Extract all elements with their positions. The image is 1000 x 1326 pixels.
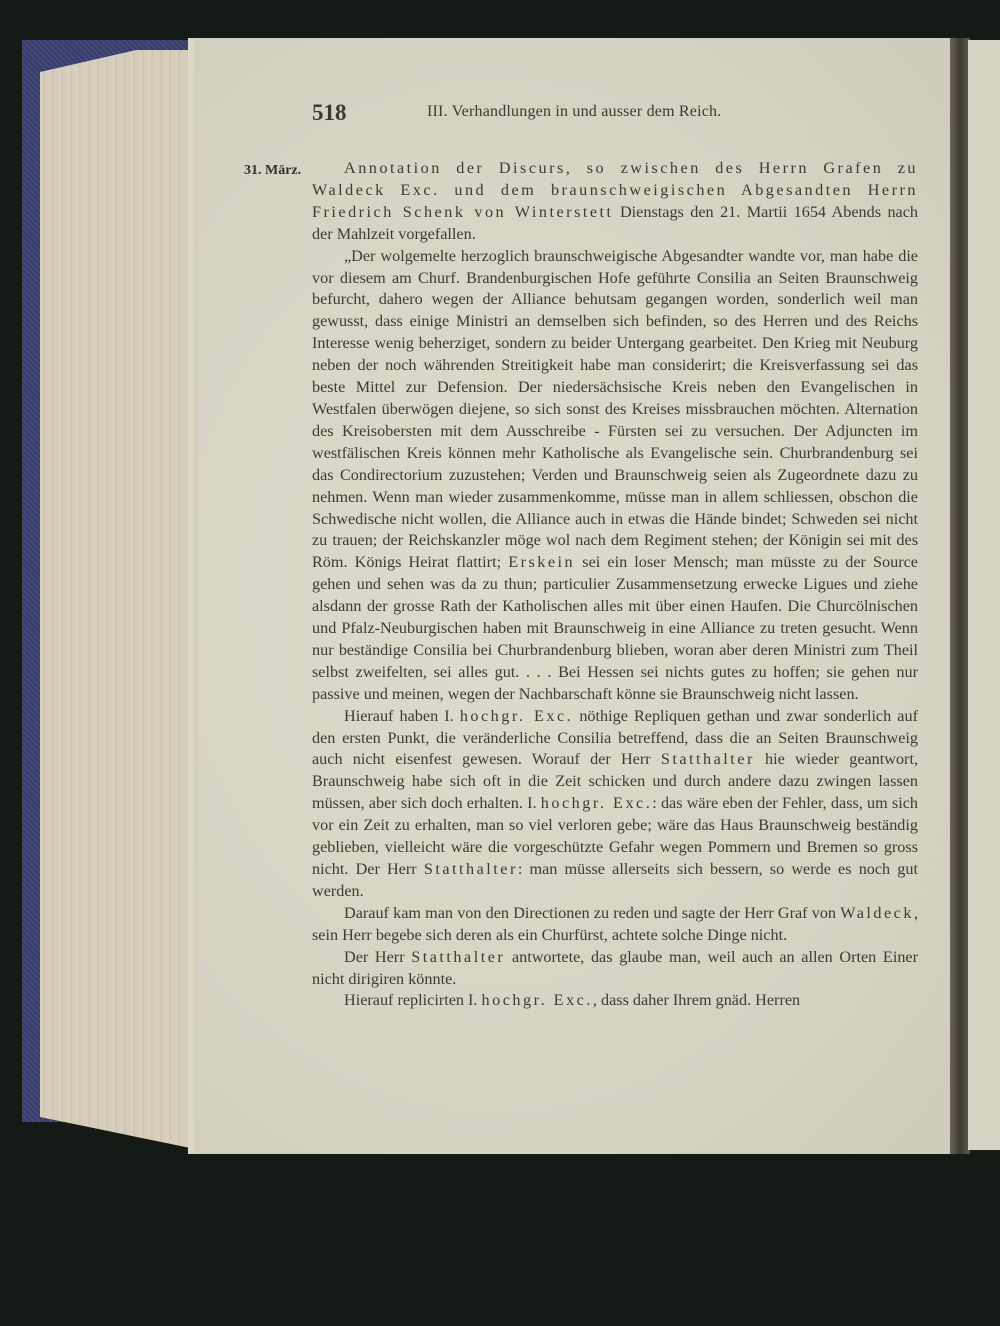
text-spaced: Statthalter	[411, 948, 505, 966]
text-spaced: Statthalter	[661, 750, 755, 768]
text-spaced: Erskein	[508, 553, 575, 571]
paragraph: Darauf kam man von den Directionen zu re…	[312, 903, 918, 947]
text-spaced: hochgr. Exc.	[541, 794, 653, 812]
facing-page-edge	[968, 40, 1000, 1150]
text: , dass daher Ihrem gnäd. Herren	[593, 991, 800, 1009]
running-head: 518 III. Verhandlungen in und ausser dem…	[312, 100, 912, 130]
text: „Der wolgemelte herzoglich braunschweigi…	[312, 247, 918, 572]
running-head-title: III. Verhandlungen in und ausser dem Rei…	[427, 103, 721, 121]
text: sei ein loser Mensch; man müsste zu der …	[312, 553, 918, 702]
paragraph-title: Annotation der Discurs, so zwischen des …	[312, 158, 918, 246]
paragraph: „Der wolgemelte herzoglich braunschweigi…	[312, 246, 918, 706]
book-gutter	[950, 38, 970, 1154]
text-spaced: Statthalter	[424, 860, 518, 878]
text-spaced: hochgr. Exc.	[482, 991, 593, 1009]
body-text: Annotation der Discurs, so zwischen des …	[312, 158, 918, 1012]
page-number: 518	[312, 100, 347, 126]
text: Der Herr	[344, 948, 411, 966]
text-spaced: Waldeck	[840, 904, 914, 922]
paragraph: Der Herr Statthalter antwortete, das gla…	[312, 947, 918, 991]
text-spaced: hochgr. Exc.	[460, 707, 573, 725]
paragraph: Hierauf haben I. hochgr. Exc. nöthige Re…	[312, 706, 918, 903]
page-stack-edge	[40, 50, 200, 1150]
margin-date-note: 31. März.	[244, 163, 301, 179]
text: Hierauf replicirten I.	[344, 991, 482, 1009]
paragraph: Hierauf replicirten I. hochgr. Exc., das…	[312, 990, 918, 1012]
text: Darauf kam man von den Directionen zu re…	[344, 904, 840, 922]
text: Hierauf haben I.	[344, 707, 460, 725]
